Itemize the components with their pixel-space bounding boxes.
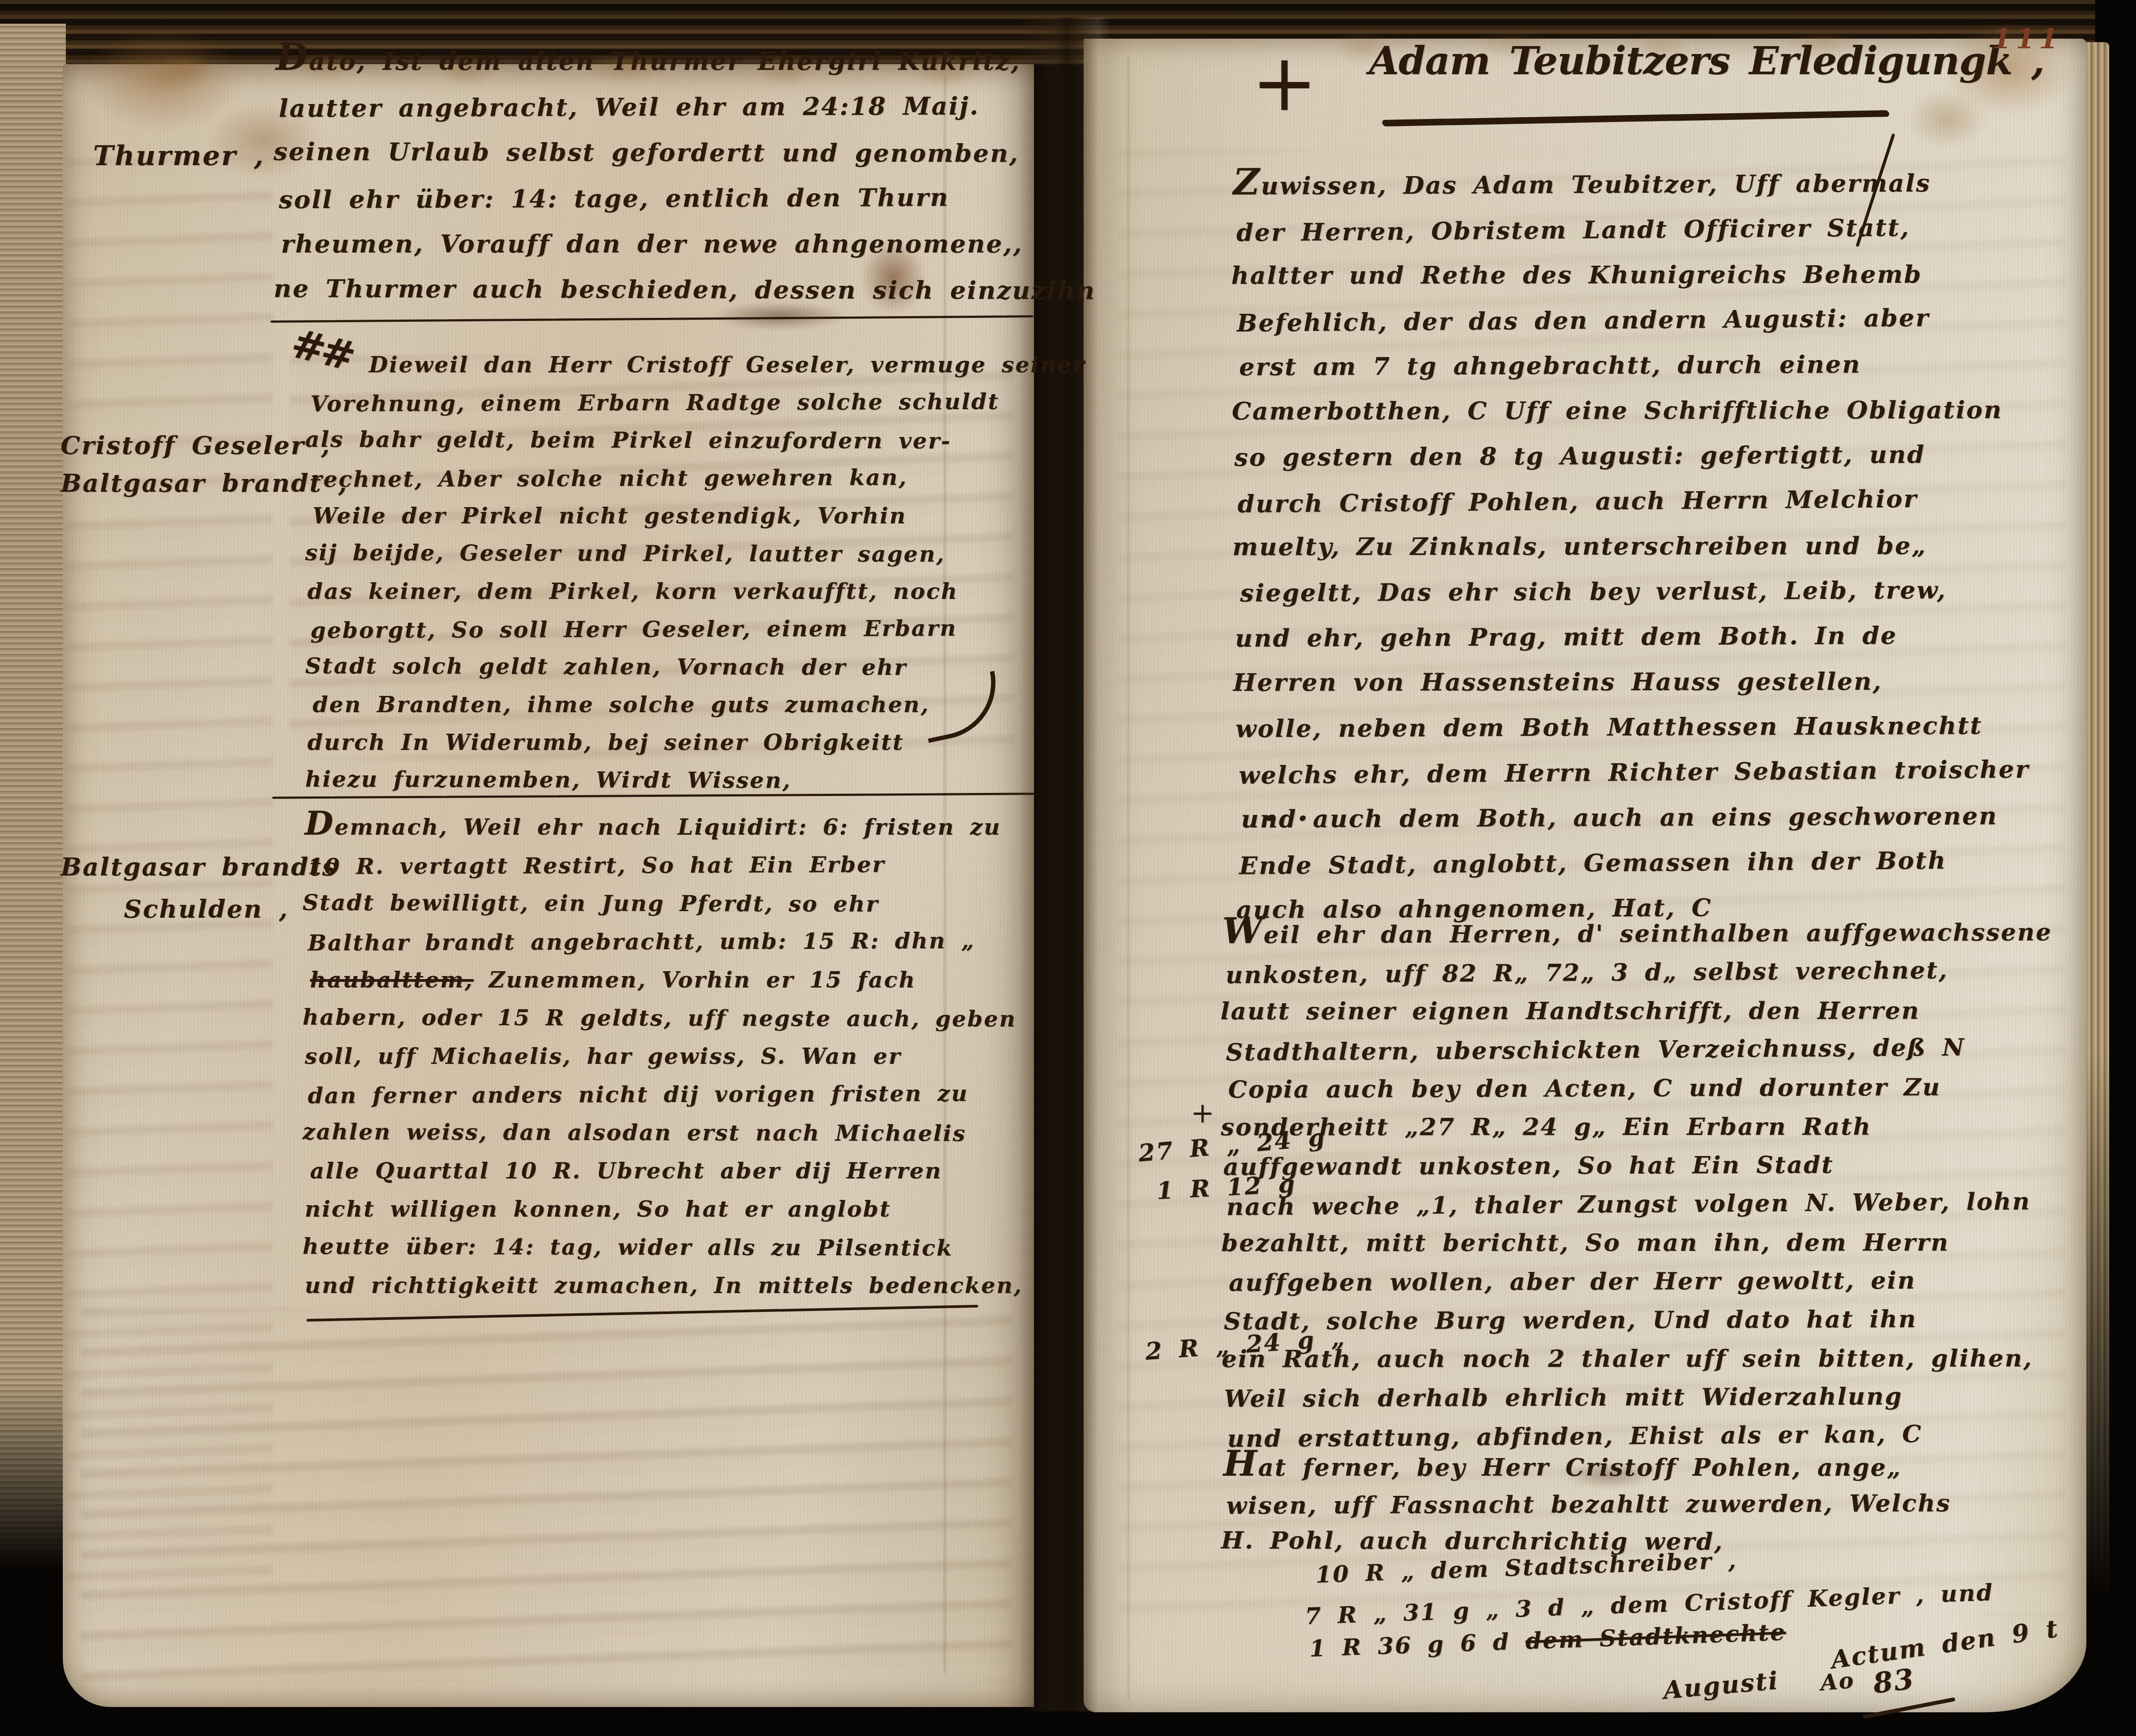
left-paragraph-3: Demnach, Weil ehr nach Liquidirt: 6: fri…	[305, 808, 1023, 1304]
manuscript-line: Dieweil dan Herr Cristoff Geseler, vermu…	[307, 346, 1086, 384]
manuscript-line: seinen Urlaub selbst gefordertt und geno…	[274, 129, 1096, 177]
manuscript-line: Weile der Pirkel nicht gestendigk, Vorhi…	[313, 497, 1091, 535]
manuscript-line: das keiner, dem Pirkel, korn verkaufftt,…	[307, 573, 1086, 610]
right-paragraph-2: Weil ehr dan Herren, d' seinthalben auff…	[1222, 913, 2054, 1457]
manuscript-line: Stadthaltern, uberschickten Verzeichnuss…	[1226, 1027, 2056, 1071]
left-paragraph-1: Dato, Ist dem alten Thurmer Ehergirl Kuk…	[276, 39, 1098, 313]
manuscript-line: muelty, Zu Zinknals, unterschreiben und …	[1232, 522, 2023, 569]
margin-note-geseler: Cristoff Geseler ,	[61, 431, 331, 460]
manuscript-line: Ende Stadt, anglobtt, Gemassen ihn der B…	[1239, 837, 2030, 888]
manuscript-line: Copia auch bey den Acten, C und dorunter…	[1228, 1067, 2058, 1109]
book-fore-edge-left	[0, 24, 66, 1569]
manuscript-line: Stadt bewilligtt, ein Jung Pferdt, so eh…	[303, 883, 1021, 923]
manuscript-line: heutte über: 14: tag, wider alls zu Pils…	[303, 1227, 1021, 1267]
left-paragraph-2: Dieweil dan Herr Cristoff Geseler, vermu…	[307, 346, 1086, 799]
manuscript-line: Balthar brandt angebrachtt, umb: 15 R: d…	[308, 921, 1026, 962]
manuscript-line: wolle, neben dem Both Matthessen Hauskne…	[1235, 702, 2026, 751]
margin-note-schulden: Schulden ,	[124, 895, 289, 924]
manuscript-line: wisen, uff Fassnacht bezahltt zuwerden, …	[1226, 1484, 1951, 1524]
right-paragraph-1: Zuwissen, Das Adam Teubitzer, Uff aberma…	[1233, 160, 2027, 932]
margin-note-thurmer: Thurmer ,	[93, 140, 265, 172]
manuscript-line: als bahr geldt, beim Pirkel einzufordern…	[305, 421, 1084, 461]
manuscript-line: geborgtt, So soll Herr Geseler, einem Er…	[310, 609, 1089, 649]
manuscript-line: Demnach, Weil ehr nach Liquidirt: 6: fri…	[305, 808, 1023, 846]
manuscript-line: dan ferner anders nicht dij vorigen fris…	[308, 1074, 1026, 1115]
struck-word: haubalttem,	[310, 967, 474, 993]
manuscript-line: Vorehnung, einem Erbarn Radtge solche sc…	[310, 382, 1089, 423]
margin-note-brandts-schulden: Baltgasar brandts	[61, 853, 337, 882]
right-paragraph-3: Hat ferner, bey Herr Cristoff Pohlen, an…	[1223, 1449, 1948, 1560]
manuscript-line: erst am 7 tg ahngebrachtt, durch einen	[1239, 341, 2030, 389]
manuscript-line: durch Cristoff Pohlen, auch Herrn Melchi…	[1237, 475, 2028, 526]
manuscript-line: Herren von Hassensteins Hauss gestellen,	[1233, 658, 2024, 705]
manuscript-line: siegeltt, Das ehr sich bey verlust, Leib…	[1240, 567, 2031, 616]
page-title: Adam Teubitzers Erledigungk ,	[1369, 38, 2044, 83]
manuscript-line: zahlen weiss, dan alsodan erst nach Mich…	[303, 1113, 1021, 1153]
manuscript-line: so gestern den 8 tg Augusti: gefertigtt,…	[1234, 431, 2025, 480]
margin-dots-mark: · ·	[1264, 800, 1311, 836]
manuscript-line: haubalttem, Zunemmen, Vorhin er 15 fach	[310, 961, 1028, 999]
manuscript-line: Camerbotthen, C Uff eine Schrifftliche O…	[1232, 387, 2023, 433]
manuscript-line: ne Thurmer auch beschieden, dessen sich …	[274, 266, 1096, 314]
manuscript-line: lautter angebracht, Weil ehr am 24:18 Ma…	[279, 83, 1101, 132]
manuscript-line: habern, oder 15 R geldts, uff negste auc…	[303, 998, 1021, 1038]
manuscript-line: nicht willigen konnen, So hat er anglobt	[305, 1190, 1023, 1228]
manuscript-line: soll ehr über: 14: tage, entlich den Thu…	[279, 174, 1101, 223]
manuscript-line: Stadt, solche Burg werden, Und dato hat …	[1224, 1299, 2053, 1341]
manuscript-line: Hat ferner, bey Herr Cristoff Pohlen, an…	[1223, 1449, 1948, 1486]
margin-note-brandt: Baltgasar brandt ,	[61, 469, 348, 498]
manuscript-line: unkosten, uff 82 R„ 72„ 3 d„ selbst vere…	[1225, 950, 2056, 994]
manuscript-line: welchs ehr, dem Herrn Richter Sebastian …	[1239, 746, 2029, 798]
manuscript-line: auffgewandt unkosten, So hat Ein Stadt	[1223, 1145, 2053, 1186]
manuscript-line: der Herren, Obristem Landt Officirer Sta…	[1236, 204, 2027, 255]
manuscript-line: haltter und Rethe des Khunigreichs Behem…	[1231, 251, 2022, 298]
manuscript-line: sonderheitt „27 R„ 24 g„ Ein Erbarn Rath	[1221, 1107, 2051, 1146]
manuscript-line: soll, uff Michaelis, har gewiss, S. Wan …	[305, 1037, 1023, 1075]
date-year: 83	[1871, 1662, 1916, 1700]
manuscript-line: auffgeben wollen, aber der Herr gewoltt,…	[1229, 1261, 2059, 1302]
manuscript-line: sij beijde, Geseler und Pirkel, lautter …	[305, 534, 1084, 574]
folio-number: 111	[1992, 23, 2062, 55]
manuscript-line: lautt seiner eignen Handtschrifft, den H…	[1221, 991, 2050, 1030]
manuscript-line: und ehr, gehn Prag, mitt dem Both. In de	[1235, 612, 2026, 661]
cross-mark: +	[1251, 37, 1319, 129]
manuscript-line: Befehlich, der das den andern Augusti: a…	[1236, 294, 2027, 346]
manuscript-line: Dato, Ist dem alten Thurmer Ehergirl Kuk…	[276, 39, 1098, 84]
manuscript-line: alle Quarttal 10 R. Ubrecht aber dij Her…	[310, 1152, 1028, 1190]
manuscript-line: rechnet, Aber solche nicht gewehren kan,	[310, 458, 1089, 498]
manuscript-line: und auch dem Both, auch an eins geschwor…	[1241, 793, 2032, 842]
margin-plus-mark: +	[1191, 1097, 1216, 1129]
line-rest: Zunemmen, Vorhin er 15 fach	[474, 967, 916, 993]
manuscript-line: 10 R. vertagtt Restirt, So hat Ein Erber	[308, 845, 1026, 886]
manuscript-photo: Thurmer , Dato, Ist dem alten Thurmer Eh…	[0, 0, 2136, 1736]
manuscript-line: und richttigkeitt zumachen, In mittels b…	[305, 1266, 1023, 1304]
manuscript-line: nach weche „1, thaler Zungst volgen N. W…	[1226, 1181, 2057, 1226]
date-anno: Ao	[1819, 1667, 1856, 1696]
manuscript-line: Weil ehr dan Herren, d' seinthalben auff…	[1222, 913, 2052, 954]
manuscript-line: Zuwissen, Das Adam Teubitzer, Uff aberma…	[1233, 160, 2024, 209]
manuscript-line: bezahltt, mitt berichtt, So man ihn, dem…	[1221, 1223, 2051, 1262]
manuscript-line: rheumen, Vorauff dan der newe ahngenomen…	[281, 221, 1103, 267]
manuscript-line: Weil sich derhalb ehrlich mitt Widerzahl…	[1224, 1376, 2054, 1418]
